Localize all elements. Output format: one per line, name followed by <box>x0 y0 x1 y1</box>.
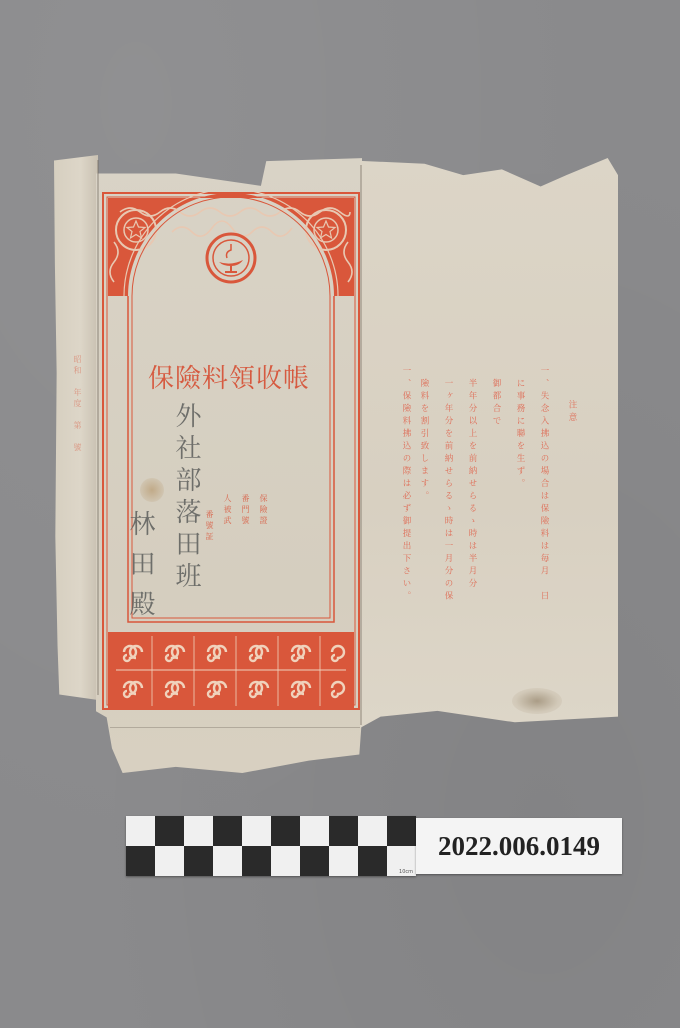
scale-square <box>184 816 213 846</box>
scale-square <box>387 816 416 846</box>
scale-square <box>300 816 329 846</box>
scale-square <box>155 816 184 846</box>
fold-line-right <box>360 165 362 725</box>
back-cover <box>360 158 618 728</box>
scale-square <box>184 846 213 876</box>
scale-square <box>155 846 184 876</box>
scale-square <box>329 846 358 876</box>
field-label-3: 人被武 <box>222 494 233 527</box>
note-line-1: 一、失念入拂込の場合は保險料は毎月 日 <box>538 366 550 604</box>
scale-square <box>358 846 387 876</box>
scale-square <box>126 846 155 876</box>
note-line-3: 御都合で <box>490 366 502 429</box>
scale-square <box>271 846 300 876</box>
field-label-1: 保險證 <box>258 494 269 527</box>
scale-square <box>213 816 242 846</box>
handwritten-name: 林田殿 <box>122 510 159 630</box>
scale-square <box>358 816 387 846</box>
scale-bar: 10cm <box>126 816 416 876</box>
scale-square <box>242 846 271 876</box>
lamp-emblem-icon <box>207 234 255 282</box>
note-line-5: 一ヶ年分を前納せらるゝ時は一月分の保 <box>442 366 454 604</box>
stain <box>512 688 562 714</box>
notes-heading: 注意 <box>566 400 578 425</box>
stain <box>140 478 164 502</box>
scale-square <box>242 816 271 846</box>
scale-square <box>213 846 242 876</box>
printed-frame <box>102 192 360 710</box>
note-line-6: 險料を割引致します。 <box>418 366 430 504</box>
scale-label: 10cm <box>399 869 413 875</box>
scale-square <box>300 846 329 876</box>
fold-line-left <box>97 160 99 695</box>
field-label-4: 番號証 <box>204 510 215 543</box>
accession-number: 2022.006.0149 <box>416 818 622 874</box>
note-line-7: 一、保險料拂込の際は必ず御提出下さい。 <box>400 366 412 604</box>
scale-square <box>126 816 155 846</box>
document-title: 保險料領收帳 <box>148 358 318 395</box>
fold-line-bottom <box>110 727 360 728</box>
scale-square <box>271 816 300 846</box>
spine-text: 昭和 年度 第 號 <box>72 355 83 454</box>
scale-square <box>329 816 358 846</box>
handwritten-address: 外社部落田班 <box>168 402 205 594</box>
ornamental-border <box>102 192 360 710</box>
field-label-2: 番門號 <box>240 494 251 527</box>
note-line-4: 半年分以上を前納せらるゝ時は半月分 <box>466 366 478 591</box>
note-line-2: に事務に聯を生ず。 <box>514 366 526 491</box>
